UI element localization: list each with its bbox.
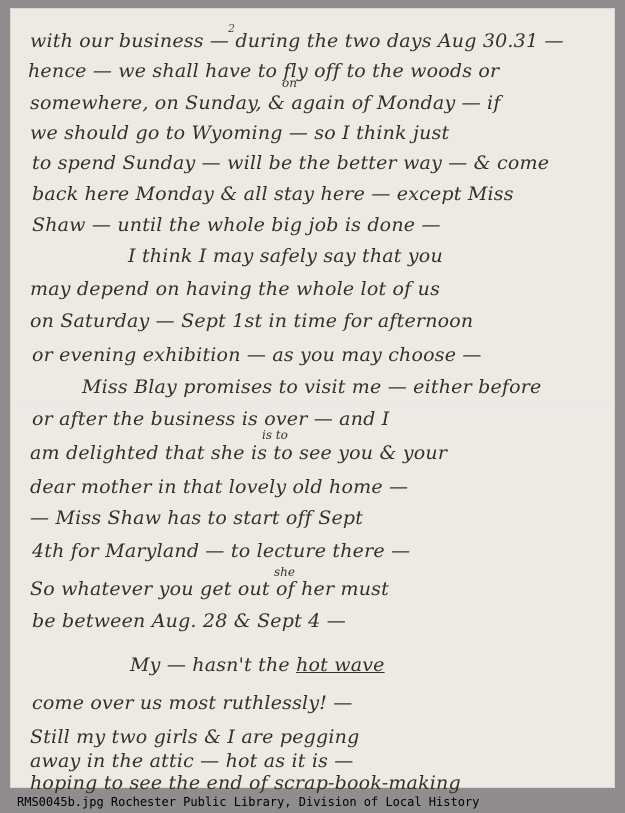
- image-caption: RMS0045b.jpg Rochester Public Library, D…: [17, 795, 479, 809]
- interlinear-insert: is to: [262, 428, 288, 442]
- interlinear-insert: on: [282, 76, 297, 90]
- text-line: dear mother in that lovely old home —: [30, 476, 408, 498]
- text-line: may depend on having the whole lot of us: [30, 278, 440, 300]
- text-line: Miss Blay promises to visit me — either …: [82, 376, 542, 398]
- text-line: or after the business is over — and I: [32, 408, 389, 430]
- text-line: back here Monday & all stay here — excep…: [32, 183, 514, 205]
- text-line: or evening exhibition — as you may choos…: [32, 344, 482, 366]
- underlined-phrase: hot wave: [296, 654, 385, 676]
- text-line: away in the attic — hot as it is —: [30, 750, 353, 772]
- text-line: somewhere, on Sunday, & again of Monday …: [30, 92, 501, 114]
- text-line: My — hasn't the hot wave: [130, 654, 385, 676]
- text-line: I think I may safely say that you: [128, 245, 443, 267]
- text-line: with our business — during the two days …: [30, 30, 564, 52]
- text-line: Shaw — until the whole big job is done —: [32, 214, 441, 236]
- text-line: So whatever you get out of her must: [30, 578, 389, 600]
- text-line: we should go to Wyoming — so I think jus…: [30, 122, 449, 144]
- text-line: on Saturday — Sept 1st in time for after…: [30, 310, 473, 332]
- text-line: hence — we shall have to fly off to the …: [28, 60, 499, 82]
- interlinear-insert: she: [274, 565, 295, 579]
- text-line: — Miss Shaw has to start off Sept: [30, 507, 363, 529]
- text-line: to spend Sunday — will be the better way…: [32, 152, 549, 174]
- text-line: hoping to see the end of scrap-book-maki…: [30, 772, 461, 794]
- text-line: Still my two girls & I are pegging: [30, 726, 359, 748]
- text-line: come over us most ruthlessly! —: [32, 692, 353, 714]
- text-line: am delighted that she is to see you & yo…: [30, 442, 447, 464]
- letter-page: 2 with our business — during the two day…: [10, 8, 615, 788]
- page-fold-line: [10, 403, 615, 405]
- text-line: 4th for Maryland — to lecture there —: [32, 540, 410, 562]
- text-line: be between Aug. 28 & Sept 4 —: [32, 610, 346, 632]
